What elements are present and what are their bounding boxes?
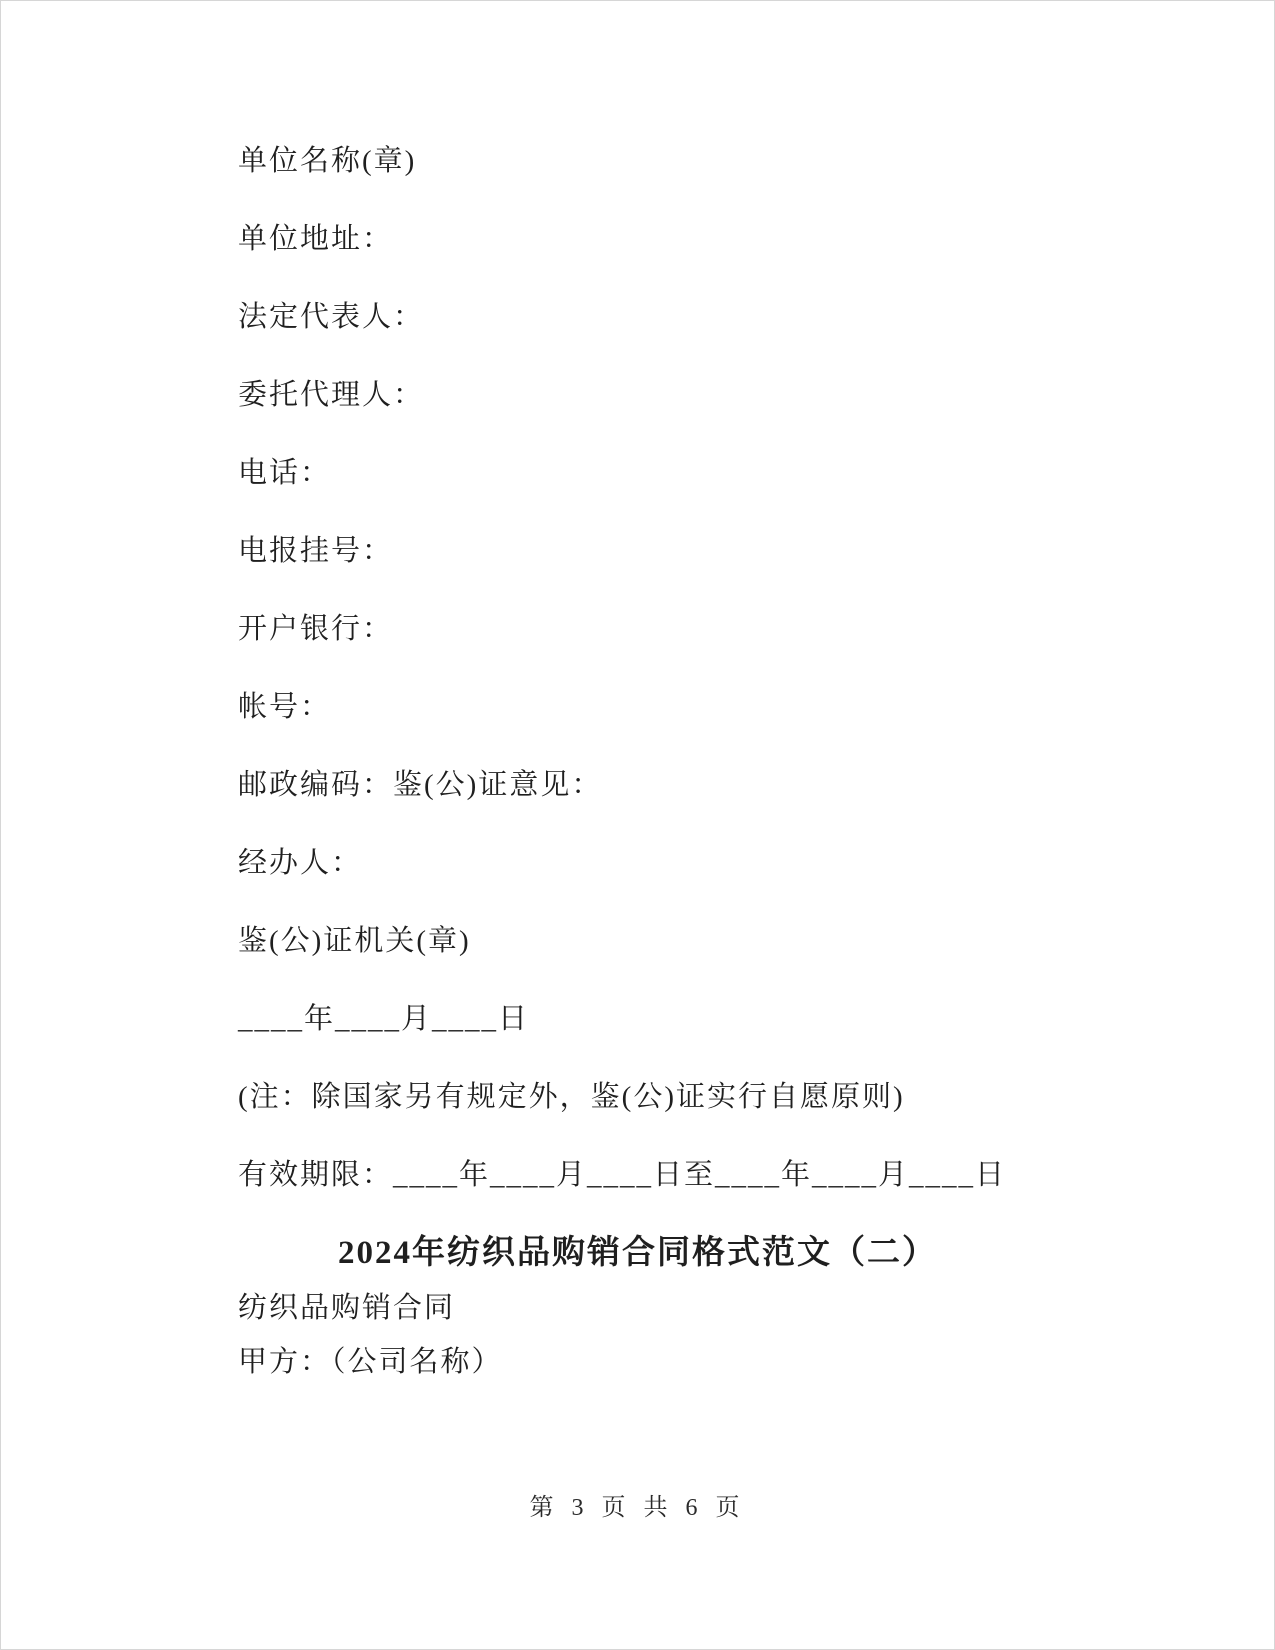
- document-line: 纺织品购销合同: [238, 1281, 1218, 1335]
- document-page: 单位名称(章) 单位地址： 法定代表人： 委托代理人： 电话： 电报挂号： 开户…: [0, 0, 1275, 1650]
- document-line: 电话：: [238, 434, 1218, 512]
- document-line: 鉴(公)证机关(章): [238, 902, 1218, 980]
- document-line: 邮政编码：鉴(公)证意见：: [238, 746, 1218, 824]
- section-body-block: 纺织品购销合同 甲方：（公司名称）: [238, 1281, 1218, 1389]
- document-line-note: (注：除国家另有规定外，鉴(公)证实行自愿原则): [238, 1058, 1218, 1136]
- document-line: 委托代理人：: [238, 356, 1218, 434]
- document-line-date-blank: ____年____月____日: [238, 980, 1218, 1058]
- document-line: 电报挂号：: [238, 512, 1218, 590]
- document-line: 经办人：: [238, 824, 1218, 902]
- document-line: 法定代表人：: [238, 278, 1218, 356]
- document-line-validity-period: 有效期限：____年____月____日至____年____月____日: [238, 1136, 1218, 1214]
- document-line: 帐号：: [238, 668, 1218, 746]
- document-line: 单位地址：: [238, 200, 1218, 278]
- contract-fields-block: 单位名称(章) 单位地址： 法定代表人： 委托代理人： 电话： 电报挂号： 开户…: [238, 122, 1218, 1214]
- document-line: 开户银行：: [238, 590, 1218, 668]
- document-line: 单位名称(章): [238, 122, 1218, 200]
- page-number: 第 3 页 共 6 页: [1, 1487, 1274, 1522]
- document-line: 甲方：（公司名称）: [238, 1335, 1218, 1389]
